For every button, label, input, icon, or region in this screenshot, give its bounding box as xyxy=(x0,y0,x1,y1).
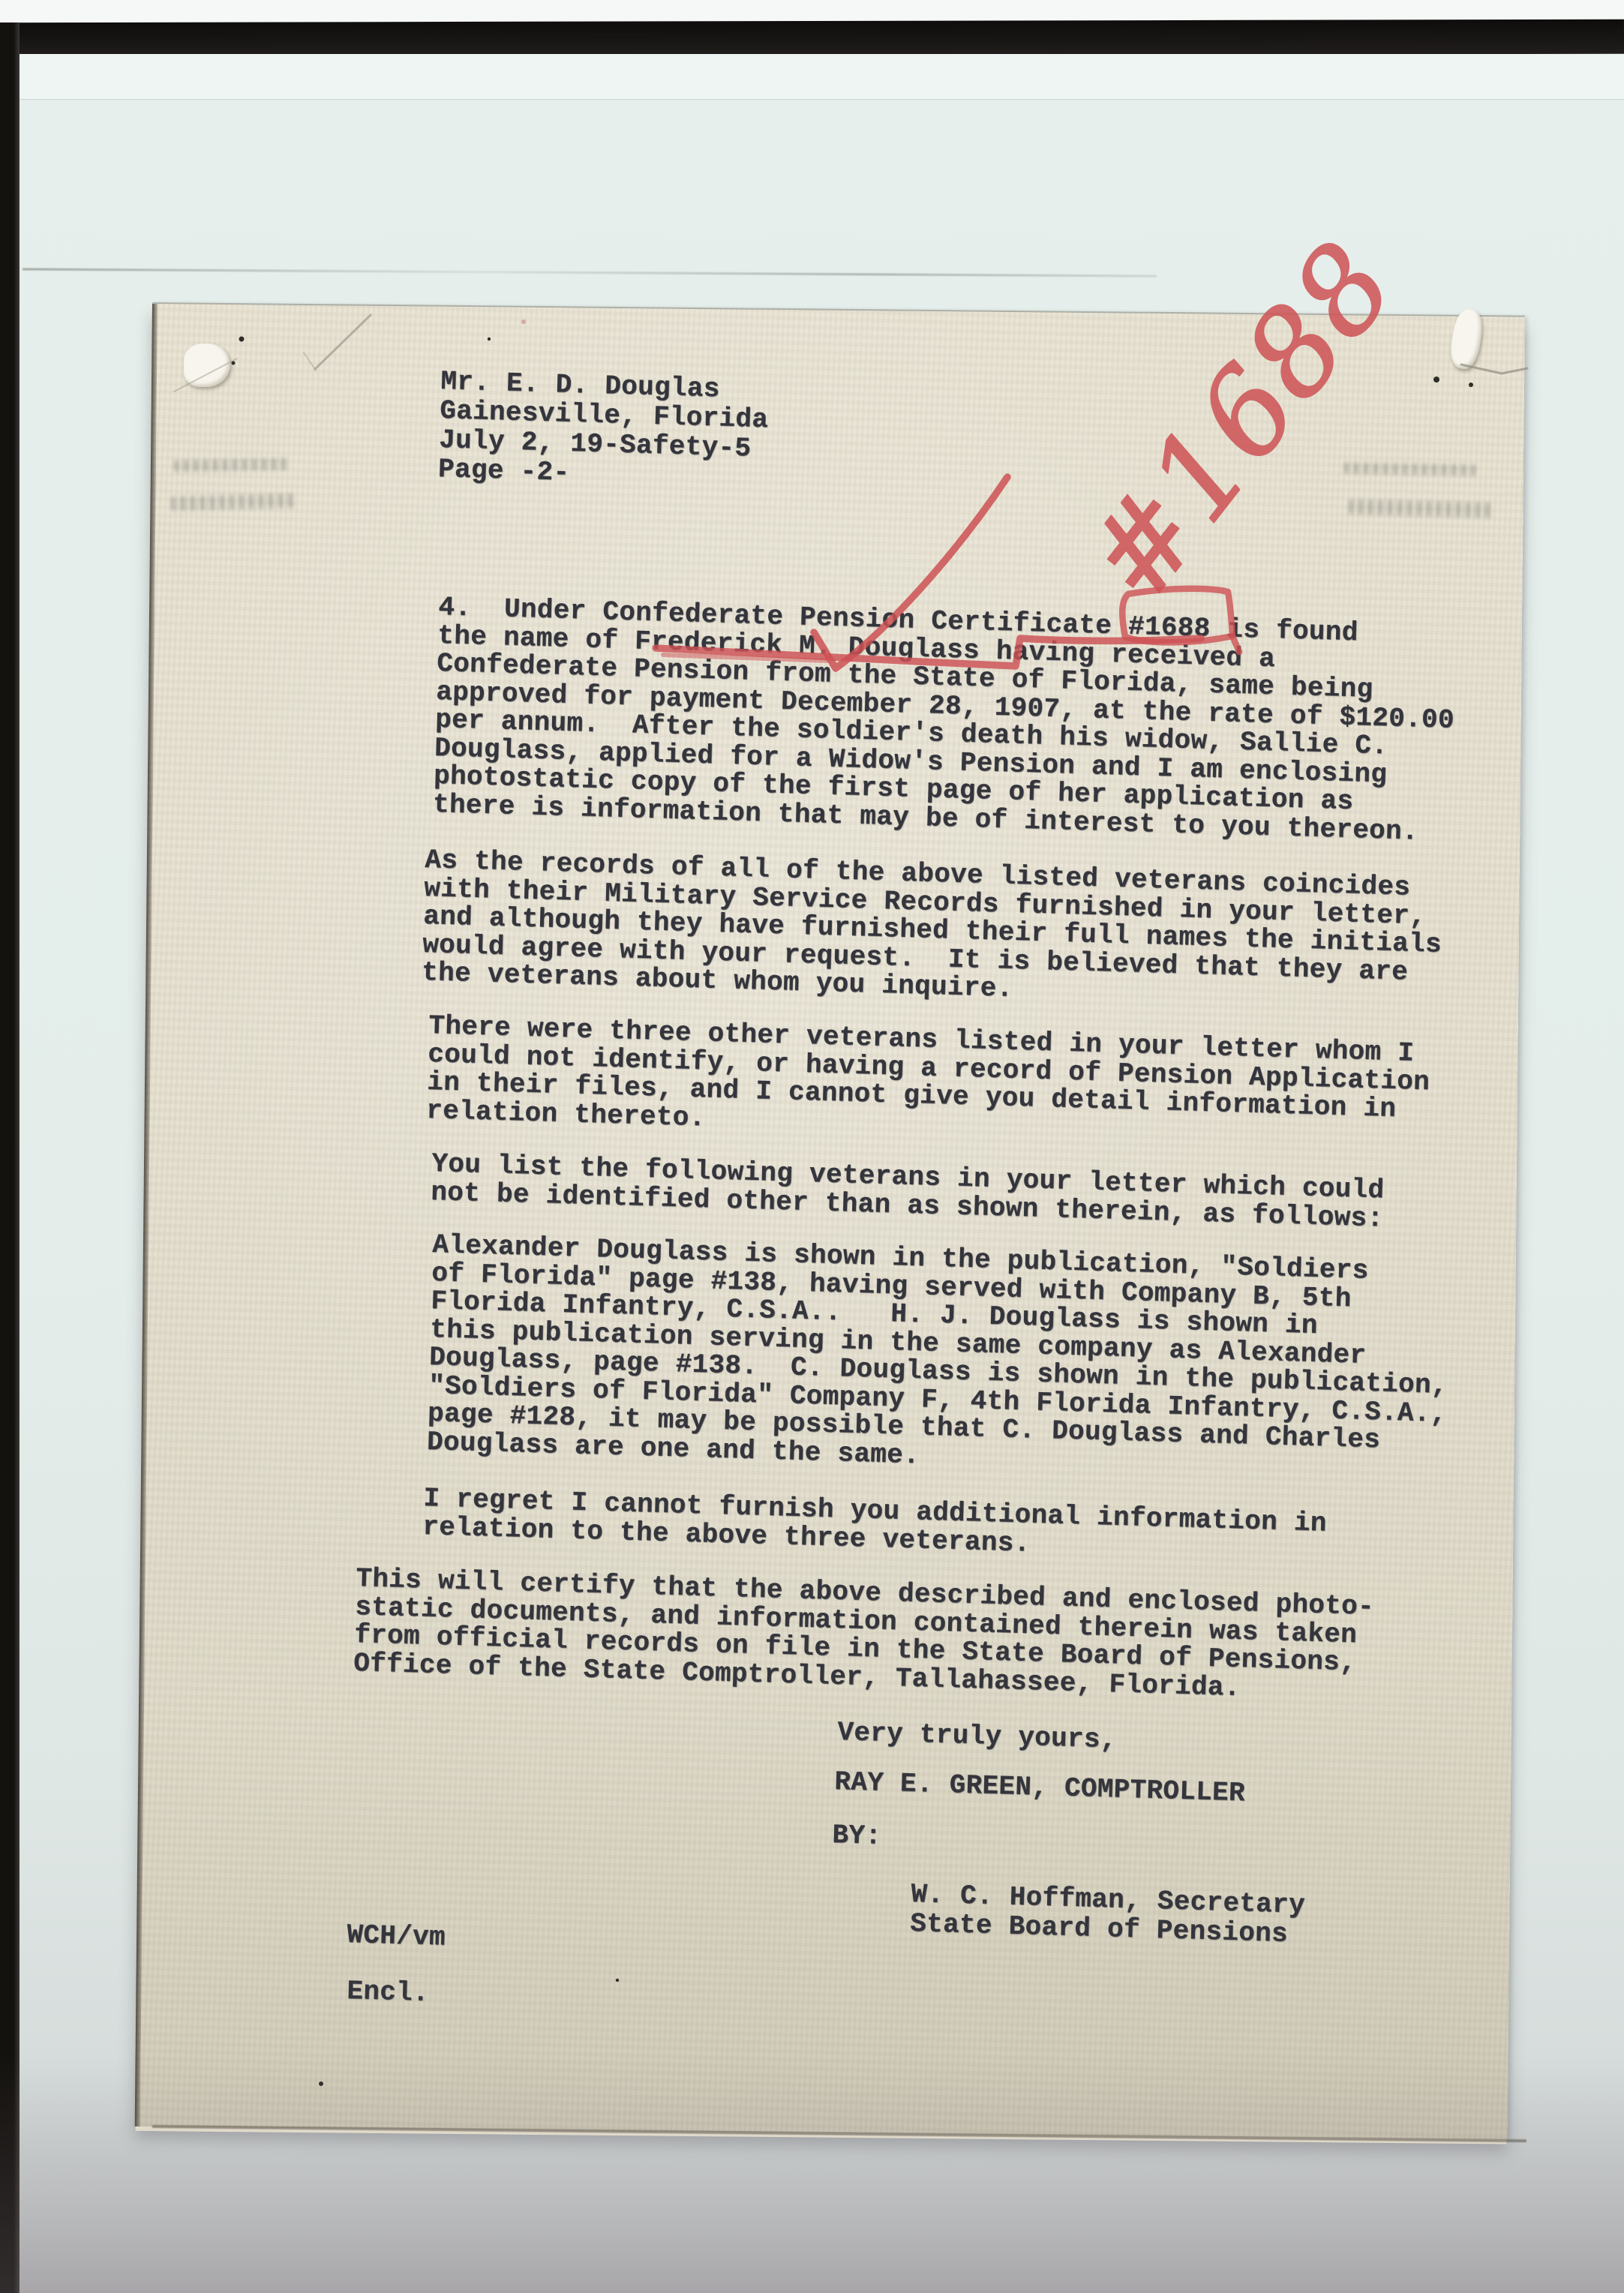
red-marker-annotations: #1688 xyxy=(656,217,1422,668)
annotation-overlay: #1688 xyxy=(0,0,1624,2293)
red-underline xyxy=(656,638,1201,666)
scan-bottom-shadow xyxy=(0,2053,1624,2293)
scanned-letter-page: Mr. E. D. Douglas Gainesville, Florida J… xyxy=(0,0,1624,2293)
red-checkmark xyxy=(814,477,1007,668)
handwritten-certificate-number: #1688 xyxy=(1060,217,1422,626)
paper-specks xyxy=(232,320,1474,2086)
